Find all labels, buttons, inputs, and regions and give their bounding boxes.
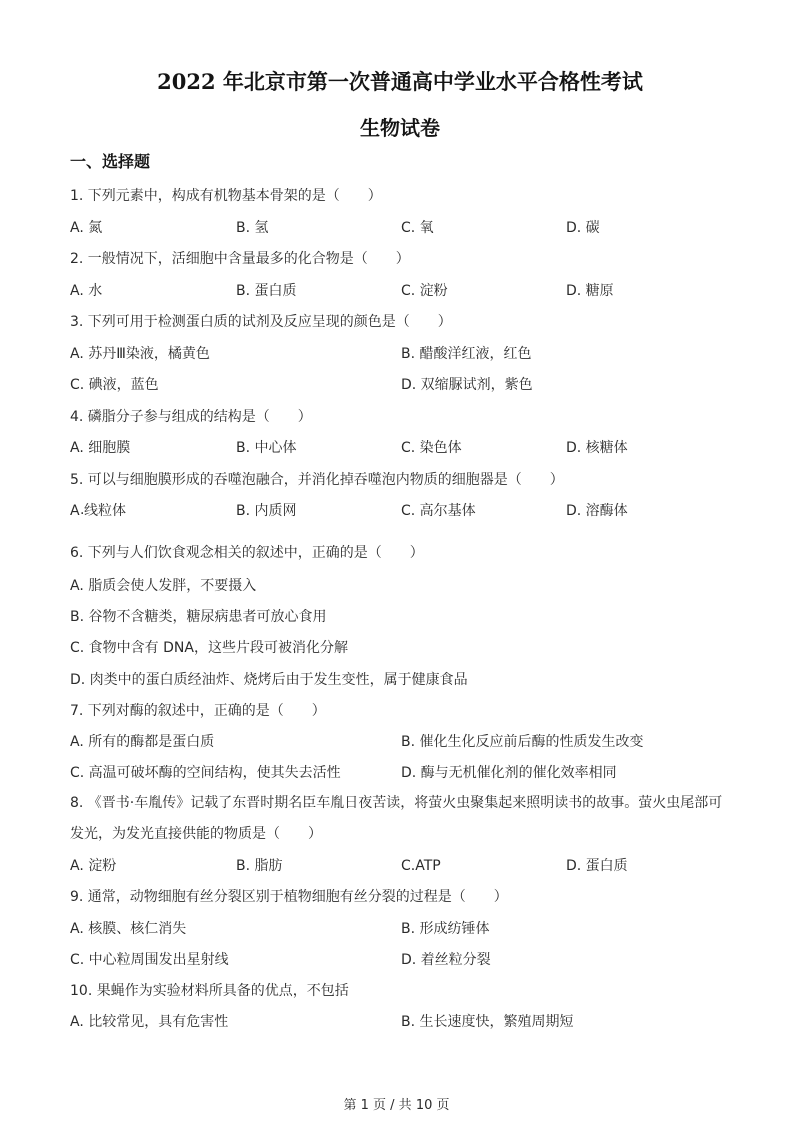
question-7-option-b: B. 催化生化反应前后酶的性质发生改变 bbox=[401, 732, 644, 752]
question-3-text: 3. 下列可用于检测蛋白质的试剂及反应呈现的颜色是（ ） bbox=[70, 312, 452, 332]
question-2-option-c: C. 淀粉 bbox=[401, 281, 448, 301]
question-9-options-row-2: C. 中心粒周围发出星射线 D. 着丝粒分裂 bbox=[70, 950, 730, 970]
question-1-option-c: C. 氧 bbox=[401, 218, 434, 238]
question-8-options: A. 淀粉 B. 脂肪 C.ATP D. 蛋白质 bbox=[70, 856, 730, 876]
question-2-options: A. 水 B. 蛋白质 C. 淀粉 D. 糖原 bbox=[70, 281, 730, 301]
question-9-options-row-1: A. 核膜、核仁消失 B. 形成纺锤体 bbox=[70, 919, 730, 939]
question-8-option-b: B. 脂肪 bbox=[236, 856, 283, 876]
exam-subtitle: 生物试卷 bbox=[70, 114, 730, 142]
question-6-option-b: B. 谷物不含糖类，糖尿病患者可放心食用 bbox=[70, 607, 327, 627]
question-8-option-c: C.ATP bbox=[401, 856, 441, 876]
question-7-option-a: A. 所有的酶都是蛋白质 bbox=[70, 732, 214, 752]
question-4-option-b: B. 中心体 bbox=[236, 438, 297, 458]
question-8-text-line-2: 发光，为发光直接供能的物质是（ ） bbox=[70, 824, 322, 844]
exam-title: 2022 年北京市第一次普通高中学业水平合格性考试 bbox=[70, 68, 730, 96]
question-7-options-row-1: A. 所有的酶都是蛋白质 B. 催化生化反应前后酶的性质发生改变 bbox=[70, 732, 730, 752]
question-6-text: 6. 下列与人们饮食观念相关的叙述中，正确的是（ ） bbox=[70, 543, 424, 563]
question-4-options: A. 细胞膜 B. 中心体 C. 染色体 D. 核糖体 bbox=[70, 438, 730, 458]
question-9-option-c: C. 中心粒周围发出星射线 bbox=[70, 950, 229, 970]
question-1-text: 1. 下列元素中，构成有机物基本骨架的是（ ） bbox=[70, 186, 382, 206]
question-5-option-c: C. 高尔基体 bbox=[401, 501, 476, 521]
question-3-option-d: D. 双缩脲试剂，紫色 bbox=[401, 375, 533, 395]
question-1-option-b: B. 氢 bbox=[236, 218, 269, 238]
question-5-option-a: A 线粒体 bbox=[70, 501, 126, 521]
exam-page: 2022 年北京市第一次普通高中学业水平合格性考试 生物试卷 一、选择题 1. … bbox=[0, 0, 793, 1122]
question-5-option-d: D. 溶酶体 bbox=[566, 501, 628, 521]
section-heading: 一、选择题 bbox=[70, 152, 150, 172]
question-9-option-b: B. 形成纺锤体 bbox=[401, 919, 490, 939]
question-7-option-c: C. 高温可破坏酶的空间结构，使其失去活性 bbox=[70, 763, 341, 783]
question-8-option-a: A. 淀粉 bbox=[70, 856, 116, 876]
question-3-options-row-1: A. 苏丹Ⅲ染液，橘黄色 B. 醋酸洋红液，红色 bbox=[70, 344, 730, 364]
question-8-text-line-1: 8. 《晋书·车胤传》记载了东晋时期名臣车胤日夜苦读，将萤火虫聚集起来照明读书的… bbox=[70, 793, 722, 813]
question-7-text: 7. 下列对酶的叙述中，正确的是（ ） bbox=[70, 701, 326, 721]
question-5-text: 5. 可以与细胞膜形成的吞噬泡融合，并消化掉吞噬泡内物质的细胞器是（ ） bbox=[70, 470, 564, 490]
question-5-options: A 线粒体 B. 内质网 C. 高尔基体 D. 溶酶体 bbox=[70, 501, 730, 521]
question-7-option-d: D. 酶与无机催化剂的催化效率相同 bbox=[401, 763, 617, 783]
question-6-option-a: A. 脂质会使人发胖，不要摄入 bbox=[70, 576, 256, 596]
question-6-option-c: C. 食物中含有 DNA，这些片段可被消化分解 bbox=[70, 638, 348, 658]
question-5-option-b: B. 内质网 bbox=[236, 501, 297, 521]
question-4-option-c: C. 染色体 bbox=[401, 438, 462, 458]
question-10-option-b: B. 生长速度快，繁殖周期短 bbox=[401, 1012, 574, 1032]
question-7-options-row-2: C. 高温可破坏酶的空间结构，使其失去活性 D. 酶与无机催化剂的催化效率相同 bbox=[70, 763, 730, 783]
question-10-options: A. 比较常见，具有危害性 B. 生长速度快，繁殖周期短 bbox=[70, 1012, 730, 1032]
question-9-option-a: A. 核膜、核仁消失 bbox=[70, 919, 186, 939]
question-3-option-a: A. 苏丹Ⅲ染液，橘黄色 bbox=[70, 344, 210, 364]
question-4-option-a: A. 细胞膜 bbox=[70, 438, 130, 458]
question-1-options: A. 氮 B. 氢 C. 氧 D. 碳 bbox=[70, 218, 730, 238]
page-indicator: 第 1 页 / 共 10 页 bbox=[0, 1097, 793, 1115]
question-10-text: 10. 果蝇作为实验材料所具备的优点，不包括 bbox=[70, 981, 349, 1001]
question-9-option-d: D. 着丝粒分裂 bbox=[401, 950, 491, 970]
stray-dot-artifact: . bbox=[80, 502, 84, 518]
question-3-option-b: B. 醋酸洋红液，红色 bbox=[401, 344, 532, 364]
question-2-option-d: D. 糖原 bbox=[566, 281, 614, 301]
question-4-text: 4. 磷脂分子参与组成的结构是（ ） bbox=[70, 407, 312, 427]
question-8-option-d: D. 蛋白质 bbox=[566, 856, 628, 876]
question-10-option-a: A. 比较常见，具有危害性 bbox=[70, 1012, 228, 1032]
question-1-option-a: A. 氮 bbox=[70, 218, 102, 238]
question-3-options-row-2: C. 碘液，蓝色 D. 双缩脲试剂，紫色 bbox=[70, 375, 730, 395]
question-2-text: 2. 一般情况下，活细胞中含量最多的化合物是（ ） bbox=[70, 249, 410, 269]
question-6-option-d: D. 肉类中的蛋白质经油炸、烧烤后由于发生变性，属于健康食品 bbox=[70, 670, 468, 690]
question-9-text: 9. 通常，动物细胞有丝分裂区别于植物细胞有丝分裂的过程是（ ） bbox=[70, 887, 508, 907]
question-2-option-b: B. 蛋白质 bbox=[236, 281, 297, 301]
question-4-option-d: D. 核糖体 bbox=[566, 438, 628, 458]
question-2-option-a: A. 水 bbox=[70, 281, 102, 301]
question-3-option-c: C. 碘液，蓝色 bbox=[70, 375, 159, 395]
question-1-option-d: D. 碳 bbox=[566, 218, 600, 238]
